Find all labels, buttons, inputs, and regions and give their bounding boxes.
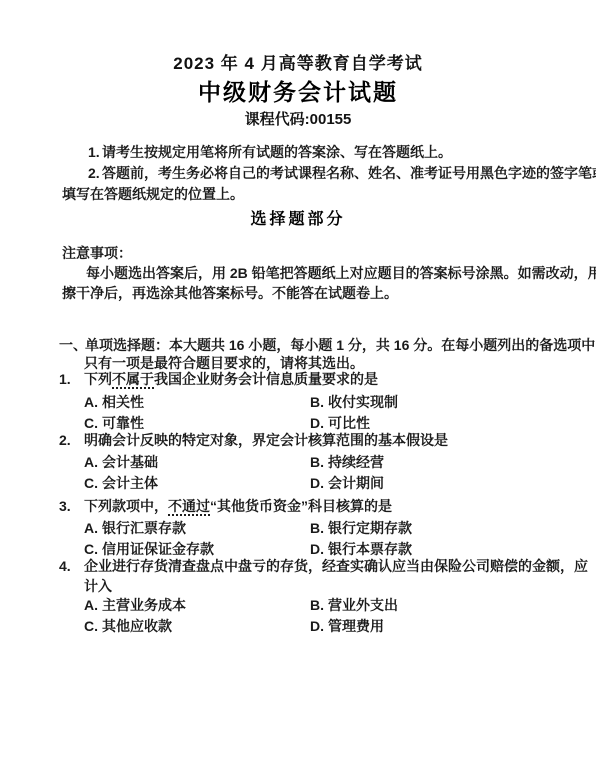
option-b: B.收付实现制: [310, 393, 398, 411]
option-label: C.: [84, 414, 102, 432]
stem-text: 企业进行存货清查盘点中盘亏的存货，经查实确认应当由保险公司赔偿的金额，应: [84, 558, 588, 574]
part-one-header-line-1: 一、单项选择题：本大题共 16 小题，每小题 1 分，共 16 分。在每小题列出…: [59, 336, 595, 354]
option-text: 会计主体: [102, 475, 158, 491]
option-label: D.: [310, 540, 328, 558]
stem-emphasized-text: 不通过: [168, 498, 210, 514]
option-text: 收付实现制: [328, 394, 398, 410]
instruction-2-number: 2.: [88, 164, 102, 182]
option-c: C.可靠性: [84, 414, 144, 432]
instruction-1: 1.请考生按规定用笔将所有试题的答案涂、写在答题纸上。: [88, 143, 452, 161]
question-3-number: 3.: [59, 497, 84, 515]
option-text: 营业外支出: [328, 597, 398, 613]
option-d: D.会计期间: [310, 474, 384, 492]
stem-text: 下列款项中，: [84, 498, 168, 514]
option-c: C.信用证保证金存款: [84, 540, 214, 558]
exam-paper-page: 2023 年 4 月高等教育自学考试 中级财务会计试题 课程代码:00155 1…: [0, 0, 596, 782]
question-3-options-row-1: A.银行汇票存款 B.银行定期存款: [0, 519, 596, 537]
part-one-number: 一、: [59, 336, 85, 354]
option-c: C.其他应收款: [84, 617, 172, 635]
question-2-options-row-2: C.会计主体 D.会计期间: [0, 474, 596, 492]
option-a: A.主营业务成本: [84, 596, 186, 614]
option-label: B.: [310, 596, 328, 614]
question-1-number: 1.: [59, 370, 84, 388]
notice-title: 注意事项：: [62, 244, 132, 262]
instruction-2-line-2: 填写在答题纸规定的位置上。: [62, 185, 244, 203]
question-2-number: 2.: [59, 431, 84, 449]
option-label: B.: [310, 453, 328, 471]
option-d: D.管理费用: [310, 617, 384, 635]
section-heading: 选择题部分: [0, 211, 596, 229]
option-c: C.会计主体: [84, 474, 158, 492]
stem-text: 我国企业财务会计信息质量要求的是: [154, 371, 378, 387]
question-4-options-row-1: A.主营业务成本 B.营业外支出: [0, 596, 596, 614]
stem-text: “其他货币资金”科目核算的是: [210, 498, 392, 514]
option-b: B.营业外支出: [310, 596, 398, 614]
option-text: 可靠性: [102, 415, 144, 431]
question-4-options-row-2: C.其他应收款 D.管理费用: [0, 617, 596, 635]
question-4-stem-line-2: 计入: [84, 577, 112, 595]
exam-session-title: 2023 年 4 月高等教育自学考试: [0, 55, 596, 73]
option-b: B.持续经营: [310, 453, 384, 471]
option-b: B.银行定期存款: [310, 519, 412, 537]
option-text: 可比性: [328, 415, 370, 431]
option-label: A.: [84, 596, 102, 614]
option-label: B.: [310, 393, 328, 411]
option-text: 银行汇票存款: [102, 520, 186, 536]
option-label: C.: [84, 617, 102, 635]
question-1: 1.下列不属于我国企业财务会计信息质量要求的是: [59, 370, 378, 388]
option-label: A.: [84, 519, 102, 537]
option-text: 其他应收款: [102, 618, 172, 634]
exam-title: 中级财务会计试题: [0, 79, 596, 105]
option-text: 管理费用: [328, 618, 384, 634]
question-3: 3.下列款项中，不通过“其他货币资金”科目核算的是: [59, 497, 392, 515]
option-label: D.: [310, 474, 328, 492]
instruction-2-line-1: 2.答题前，考生务必将自己的考试课程名称、姓名、准考证号用黑色字迹的签字笔或钢笔: [88, 164, 596, 182]
option-text: 信用证保证金存款: [102, 541, 214, 557]
question-3-stem: 下列款项中，不通过“其他货币资金”科目核算的是: [84, 498, 392, 514]
option-text: 会计期间: [328, 475, 384, 491]
option-label: B.: [310, 519, 328, 537]
question-1-options-row-1: A.相关性 B.收付实现制: [0, 393, 596, 411]
option-label: A.: [84, 393, 102, 411]
option-text: 相关性: [102, 394, 144, 410]
option-a: A.银行汇票存款: [84, 519, 186, 537]
question-4-number: 4.: [59, 557, 84, 575]
stem-emphasized-text: 不属于: [112, 371, 154, 387]
question-1-stem: 下列不属于我国企业财务会计信息质量要求的是: [84, 371, 378, 387]
question-3-options-row-2: C.信用证保证金存款 D.银行本票存款: [0, 540, 596, 558]
option-a: A.相关性: [84, 393, 144, 411]
notice-line-2: 擦干净后，再选涂其他答案标号。不能答在试题卷上。: [62, 284, 398, 302]
option-label: C.: [84, 540, 102, 558]
option-label: A.: [84, 453, 102, 471]
part-one-title: 单项选择题：本大题共 16 小题，每小题 1 分，共 16 分。在每小题列出的备…: [85, 337, 595, 353]
option-d: D.可比性: [310, 414, 370, 432]
question-1-options-row-2: C.可靠性 D.可比性: [0, 414, 596, 432]
option-text: 主营业务成本: [102, 597, 186, 613]
instruction-2-text: 答题前，考生务必将自己的考试课程名称、姓名、准考证号用黑色字迹的签字笔或钢笔: [102, 165, 596, 181]
stem-text: 下列: [84, 371, 112, 387]
option-label: D.: [310, 617, 328, 635]
question-4: 4.企业进行存货清查盘点中盘亏的存货，经查实确认应当由保险公司赔偿的金额，应: [59, 557, 588, 575]
option-a: A.会计基础: [84, 453, 158, 471]
option-label: D.: [310, 414, 328, 432]
option-label: C.: [84, 474, 102, 492]
notice-line-1: 每小题选出答案后，用 2B 铅笔把答题纸上对应题目的答案标号涂黑。如需改动，用橡…: [86, 264, 596, 282]
option-d: D.银行本票存款: [310, 540, 412, 558]
question-4-stem: 企业进行存货清查盘点中盘亏的存货，经查实确认应当由保险公司赔偿的金额，应: [84, 558, 588, 574]
course-code: 课程代码:00155: [0, 111, 596, 129]
stem-text: 明确会计反映的特定对象，界定会计核算范围的基本假设是: [84, 432, 448, 448]
option-text: 会计基础: [102, 454, 158, 470]
instruction-1-text: 请考生按规定用笔将所有试题的答案涂、写在答题纸上。: [102, 144, 452, 160]
option-text: 银行本票存款: [328, 541, 412, 557]
option-text: 持续经营: [328, 454, 384, 470]
instruction-1-number: 1.: [88, 143, 102, 161]
question-2: 2.明确会计反映的特定对象，界定会计核算范围的基本假设是: [59, 431, 448, 449]
question-2-stem: 明确会计反映的特定对象，界定会计核算范围的基本假设是: [84, 432, 448, 448]
option-text: 银行定期存款: [328, 520, 412, 536]
question-2-options-row-1: A.会计基础 B.持续经营: [0, 453, 596, 471]
